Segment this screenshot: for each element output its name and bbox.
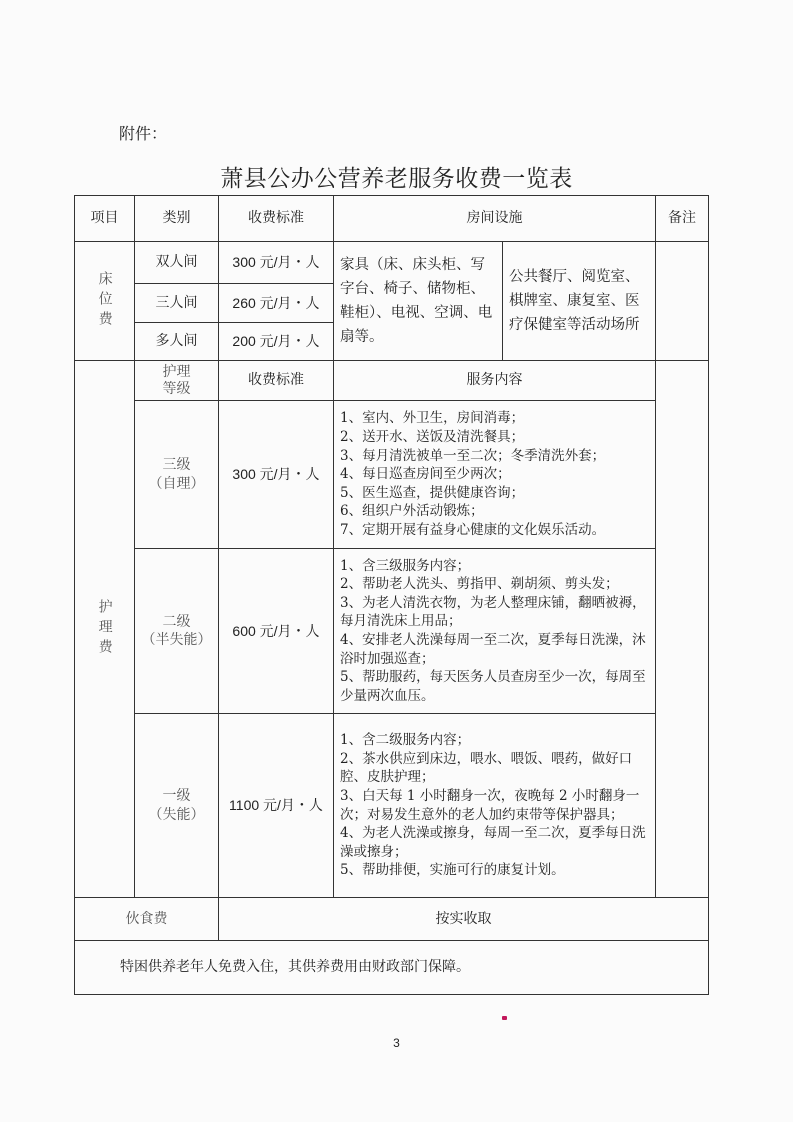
- bed-remarks: [656, 242, 709, 361]
- bed-category: 三人间: [135, 284, 219, 323]
- bed-category: 双人间: [135, 242, 219, 284]
- care-level: 一级 （失能）: [135, 714, 219, 898]
- care-remarks: [656, 361, 709, 898]
- header-remarks: 备注: [656, 196, 709, 242]
- service-list: 1、含二级服务内容； 2、茶水供应到床边，喂水、喂饭、喂药，做好口腔、皮肤护理；…: [334, 714, 656, 898]
- fee-table: 项目 类别 收费标准 房间设施 备注 床位费 双人间 300 元/月・人 家具（…: [74, 195, 709, 995]
- table-row: 三级 （自理） 300 元/月・人 1、室内、外卫生，房间消毒； 2、送开水、送…: [75, 401, 709, 549]
- header-fee-standard: 收费标准: [219, 196, 334, 242]
- care-header-level: 护理等级: [135, 361, 219, 401]
- care-fee-value: 600 元/月・人: [219, 549, 334, 714]
- bed-fee-value: 200 元/月・人: [219, 323, 334, 361]
- header-category: 类别: [135, 196, 219, 242]
- care-header-service: 服务内容: [334, 361, 656, 401]
- public-facilities: 公共餐厅、阅览室、棋牌室、康复室、医疗保健室等活动场所: [503, 242, 656, 361]
- care-level: 二级 （半失能）: [135, 549, 219, 714]
- page-title: 萧县公办公营养老服务收费一览表: [0, 160, 793, 193]
- header-room-facilities: 房间设施: [334, 196, 656, 242]
- table-row: 床位费 双人间 300 元/月・人 家具（床、床头柜、写字台、椅子、储物柜、鞋柜…: [75, 242, 709, 284]
- service-list: 1、含三级服务内容； 2、帮助老人洗头、剪指甲、剃胡须、剪头发； 3、为老人清洗…: [334, 549, 656, 714]
- table-header-row: 项目 类别 收费标准 房间设施 备注: [75, 196, 709, 242]
- page-number: 3: [0, 1036, 793, 1050]
- room-facilities: 家具（床、床头柜、写字台、椅子、储物柜、鞋柜）、电视、空调、电扇等。: [334, 242, 503, 361]
- footnote: 特困供养老年人免费入住，其供养费用由财政部门保障。: [75, 941, 709, 995]
- ink-mark: [502, 1016, 507, 1020]
- bed-fee-label: 床位费: [75, 242, 135, 361]
- header-item: 项目: [75, 196, 135, 242]
- meal-fee-value: 按实收取: [219, 898, 709, 941]
- care-header-row: 护理费 护理等级 收费标准 服务内容: [75, 361, 709, 401]
- care-header-fee: 收费标准: [219, 361, 334, 401]
- meal-fee-row: 伙食费 按实收取: [75, 898, 709, 941]
- footnote-row: 特困供养老年人免费入住，其供养费用由财政部门保障。: [75, 941, 709, 995]
- care-fee-label: 护理费: [75, 361, 135, 898]
- bed-fee-value: 300 元/月・人: [219, 242, 334, 284]
- service-list: 1、室内、外卫生，房间消毒； 2、送开水、送饭及清洗餐具； 3、每月清洗被单一至…: [334, 401, 656, 549]
- attachment-label: 附件：: [119, 121, 167, 144]
- bed-category: 多人间: [135, 323, 219, 361]
- care-fee-value: 300 元/月・人: [219, 401, 334, 549]
- meal-fee-label: 伙食费: [75, 898, 219, 941]
- care-fee-value: 1100 元/月・人: [219, 714, 334, 898]
- bed-fee-value: 260 元/月・人: [219, 284, 334, 323]
- table-row: 一级 （失能） 1100 元/月・人 1、含二级服务内容； 2、茶水供应到床边，…: [75, 714, 709, 898]
- care-level: 三级 （自理）: [135, 401, 219, 549]
- table-row: 二级 （半失能） 600 元/月・人 1、含三级服务内容； 2、帮助老人洗头、剪…: [75, 549, 709, 714]
